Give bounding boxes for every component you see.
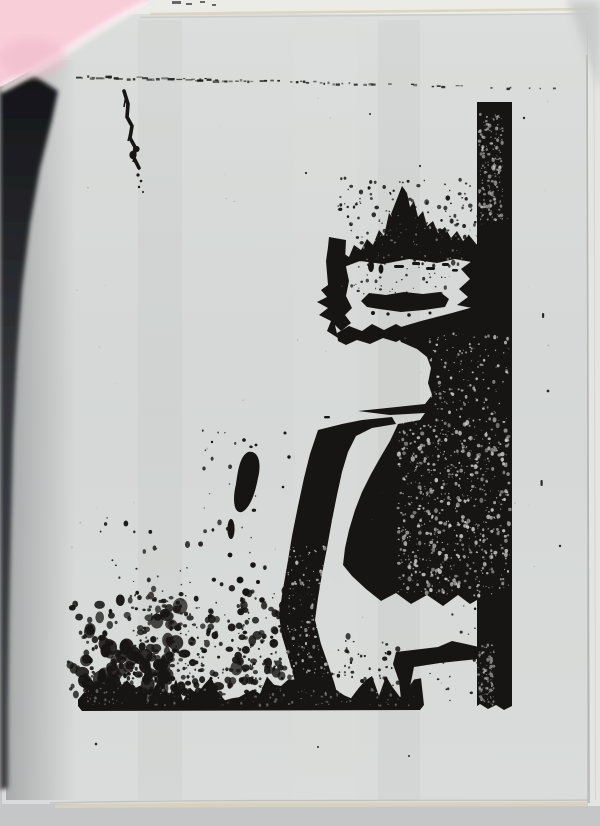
bottom-pages [0, 806, 600, 826]
printed-vertical-bar [477, 102, 512, 710]
zine-photo [0, 0, 600, 826]
pink-shading [0, 38, 66, 78]
photograph-zine-page [0, 0, 600, 826]
